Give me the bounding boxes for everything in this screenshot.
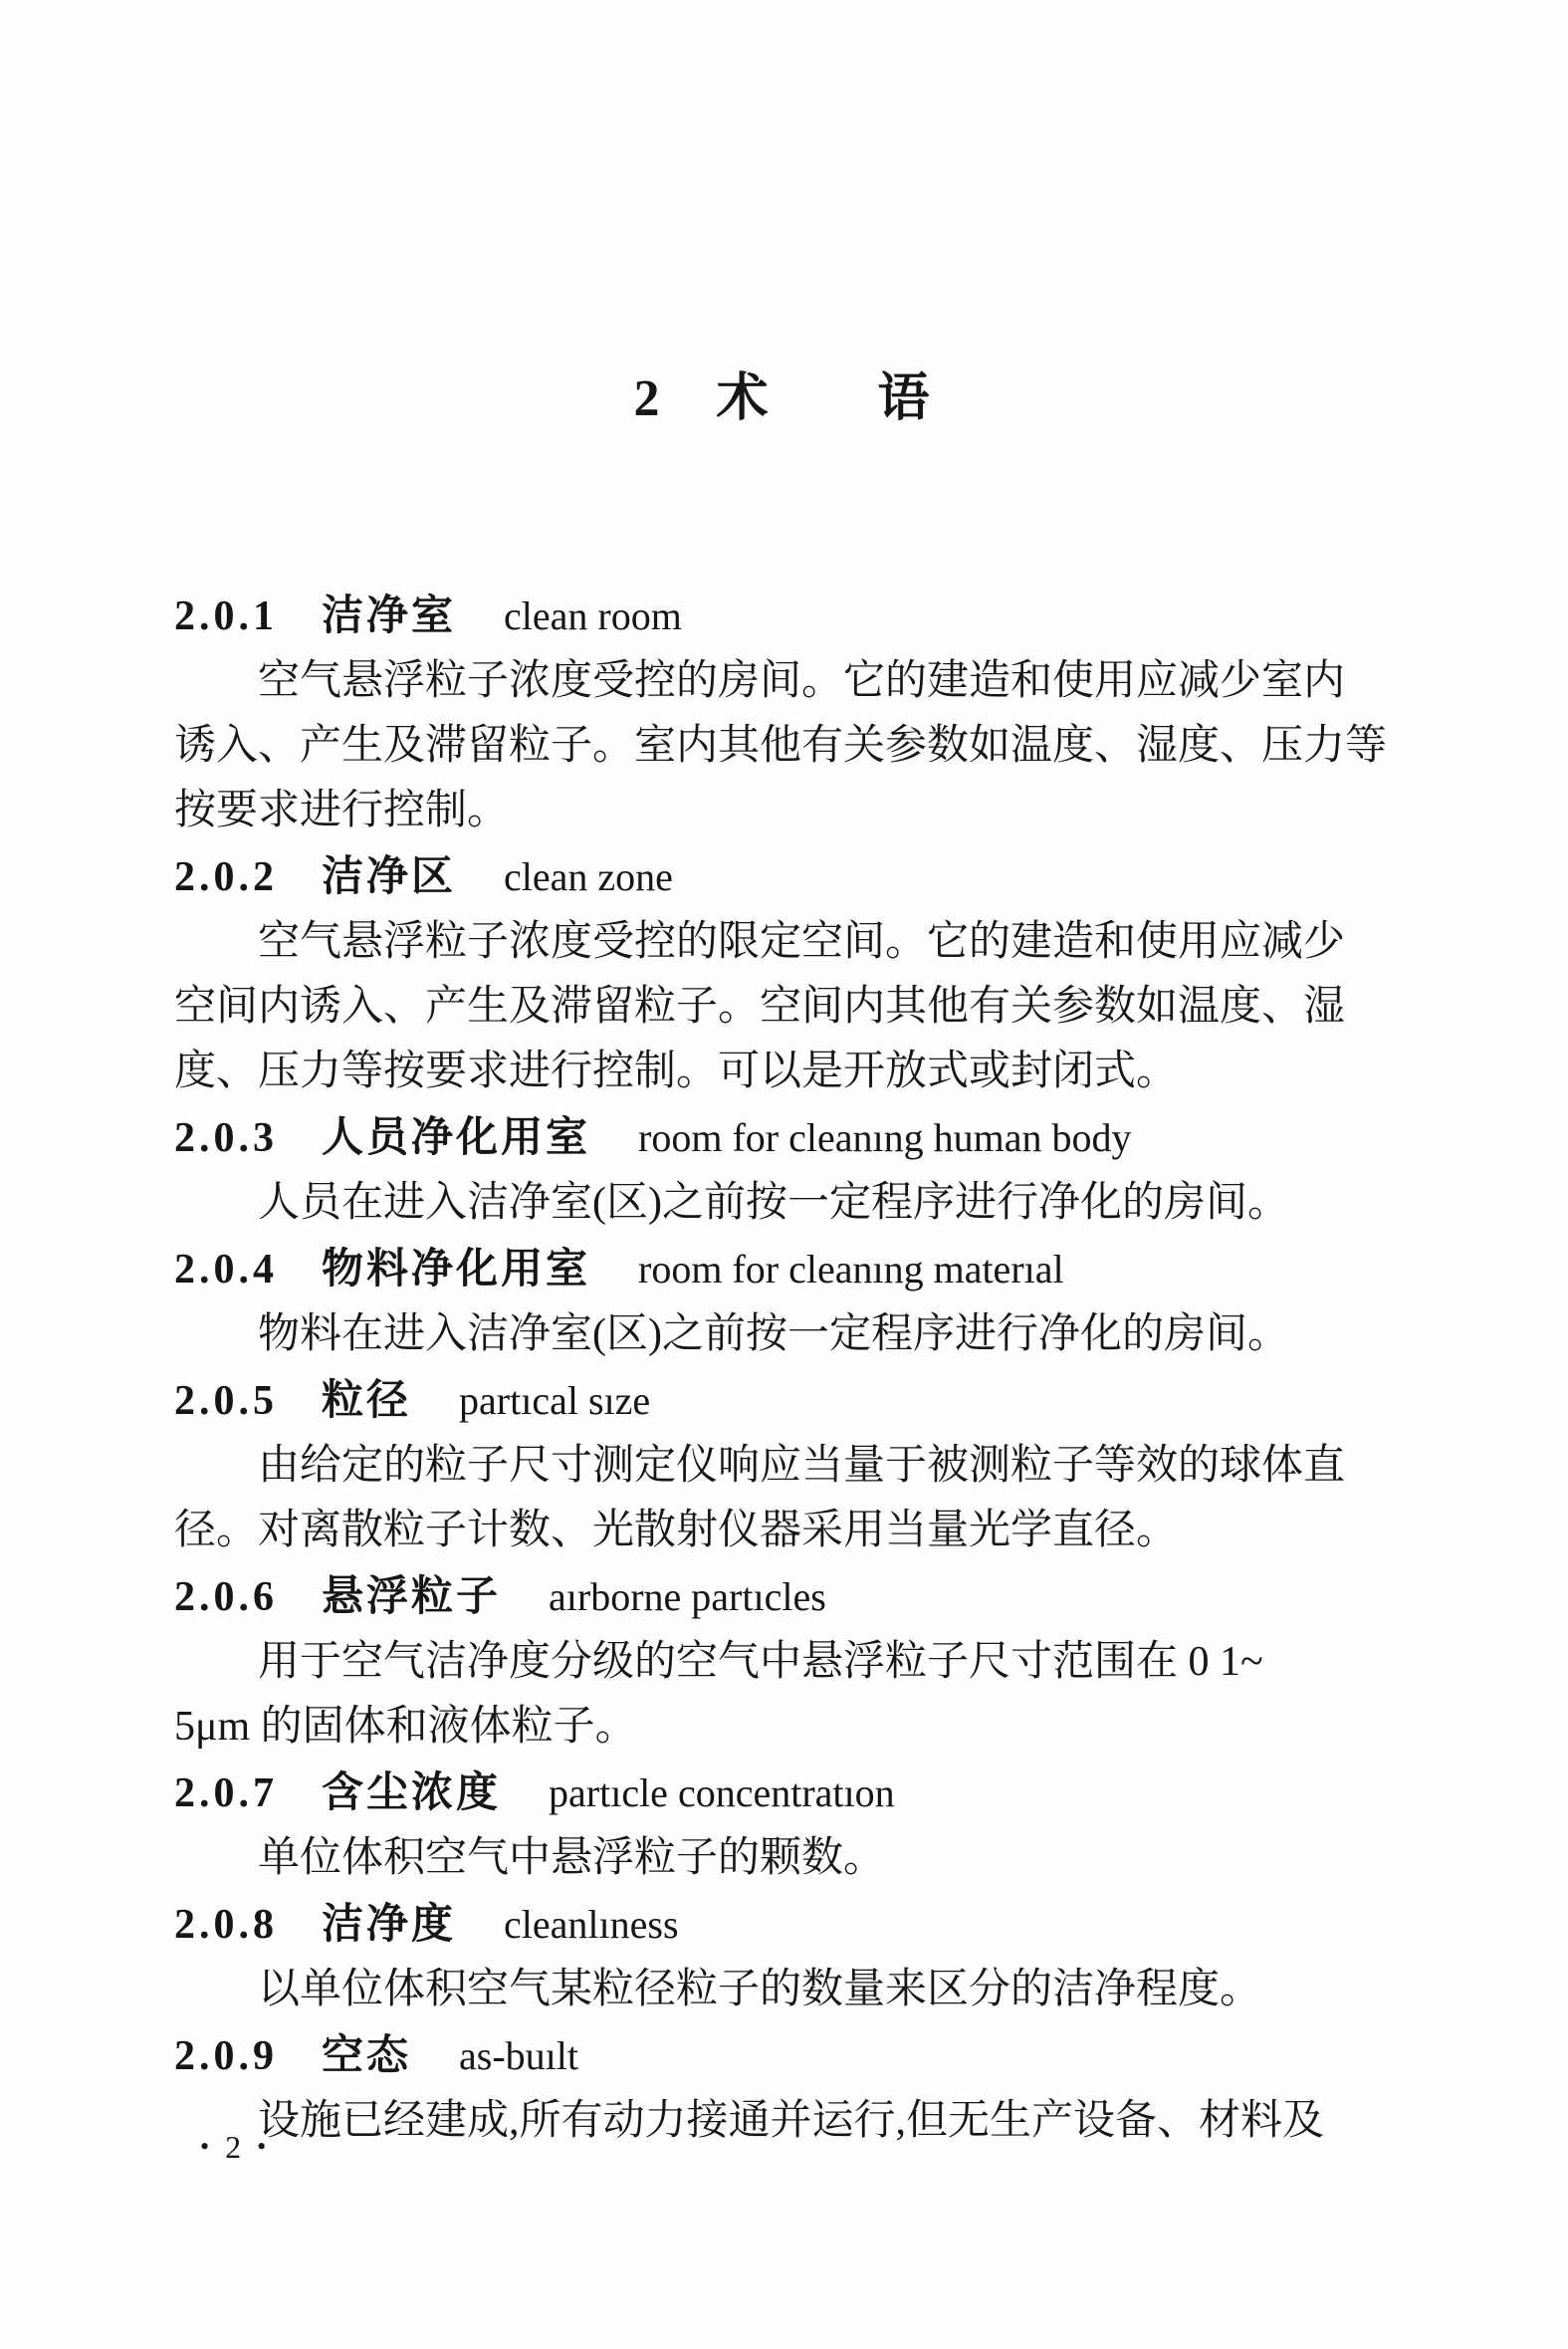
- term-heading: 2.0.5粒径partıcal sıze: [174, 1367, 1431, 1434]
- term-section-2-0-7: 2.0.7含尘浓度partıcle concentratıon 单位体积空气中悬…: [174, 1760, 1431, 1891]
- section-number: 2.0.5: [174, 1378, 278, 1424]
- term-definition: 由给定的粒子尺寸测定仪响应当量于被测粒子等效的球体直 径。对离散粒子计数、光散射…: [174, 1434, 1431, 1563]
- term-heading: 2.0.3人员净化用室room for cleanıng human body: [174, 1104, 1431, 1171]
- term-heading: 2.0.1洁净室clean room: [174, 583, 1431, 649]
- term-chinese: 洁净区: [322, 852, 456, 899]
- term-definition: 空气悬浮粒子浓度受控的限定空间。它的建造和使用应减少 空间内诱入、产生及滞留粒子…: [174, 910, 1431, 1104]
- term-section-2-0-4: 2.0.4物料净化用室room for cleanıng materıal 物料…: [174, 1236, 1431, 1367]
- footer-dot-right: •: [257, 2132, 266, 2161]
- term-definition: 用于空气洁净度分级的空气中悬浮粒子尺寸范围在 0 1~ 5μm 的固体和液体粒子…: [174, 1630, 1431, 1760]
- term-section-2-0-3: 2.0.3人员净化用室room for cleanıng human body …: [174, 1104, 1431, 1236]
- term-chinese: 粒径: [322, 1376, 411, 1423]
- term-section-2-0-6: 2.0.6悬浮粒子aırborne partıcles 用于空气洁净度分级的空气…: [174, 1563, 1431, 1760]
- term-chinese: 洁净室: [322, 591, 456, 638]
- section-number: 2.0.4: [174, 1247, 278, 1292]
- term-english: as-buılt: [459, 2033, 578, 2078]
- term-chinese: 悬浮粒子: [322, 1572, 501, 1619]
- term-chinese: 空态: [322, 2031, 411, 2078]
- document-page: 2术 语 2.0.1洁净室clean room 空气悬浮粒子浓度受控的房间。它的…: [0, 0, 1568, 2349]
- footer-dot-left: •: [200, 2132, 209, 2161]
- section-number: 2.0.6: [174, 1574, 278, 1620]
- page-number: 2: [225, 2129, 241, 2165]
- term-chinese: 洁净度: [322, 1900, 456, 1947]
- page-footer: •2•: [200, 2127, 266, 2167]
- term-chinese: 含尘浓度: [322, 1768, 501, 1815]
- term-english: cleanlıness: [504, 1902, 679, 1947]
- term-definition: 设施已经建成,所有动力接通并运行,但无生产设备、材料及: [174, 2089, 1431, 2154]
- section-number: 2.0.7: [174, 1770, 278, 1816]
- term-english: clean zone: [504, 854, 673, 899]
- section-number: 2.0.8: [174, 1902, 278, 1948]
- term-heading: 2.0.7含尘浓度partıcle concentratıon: [174, 1760, 1431, 1826]
- term-definition: 以单位体积空气某粒径粒子的数量来区分的洁净程度。: [174, 1958, 1431, 2022]
- chapter-title-text: 术 语: [716, 370, 931, 427]
- term-heading: 2.0.9空态as-buılt: [174, 2022, 1431, 2089]
- term-heading: 2.0.6悬浮粒子aırborne partıcles: [174, 1563, 1431, 1630]
- term-chinese: 物料净化用室: [322, 1245, 590, 1292]
- term-definition: 空气悬浮粒子浓度受控的房间。它的建造和使用应减少室内 诱入、产生及滞留粒子。室内…: [174, 649, 1431, 843]
- section-number: 2.0.1: [174, 593, 278, 639]
- section-number: 2.0.3: [174, 1115, 278, 1161]
- term-section-2-0-5: 2.0.5粒径partıcal sıze 由给定的粒子尺寸测定仪响应当量于被测粒…: [174, 1367, 1431, 1563]
- term-section-2-0-2: 2.0.2洁净区clean zone 空气悬浮粒子浓度受控的限定空间。它的建造和…: [174, 843, 1431, 1104]
- term-english: partıcal sıze: [459, 1378, 650, 1423]
- term-definition: 物料在进入洁净室(区)之前按一定程序进行净化的房间。: [174, 1302, 1431, 1367]
- section-number: 2.0.2: [174, 854, 278, 900]
- term-section-2-0-9: 2.0.9空态as-buılt 设施已经建成,所有动力接通并运行,但无生产设备、…: [174, 2022, 1431, 2154]
- term-english: room for cleanıng human body: [638, 1115, 1131, 1160]
- term-definition: 单位体积空气中悬浮粒子的颗数。: [174, 1826, 1431, 1891]
- terminology-list: 2.0.1洁净室clean room 空气悬浮粒子浓度受控的房间。它的建造和使用…: [174, 583, 1431, 2154]
- section-number: 2.0.9: [174, 2033, 278, 2079]
- term-heading: 2.0.4物料净化用室room for cleanıng materıal: [174, 1236, 1431, 1302]
- term-english: partıcle concentratıon: [549, 1770, 895, 1815]
- term-english: room for cleanıng materıal: [638, 1247, 1064, 1292]
- term-heading: 2.0.8洁净度cleanlıness: [174, 1891, 1431, 1958]
- term-english: clean room: [504, 593, 682, 638]
- term-definition: 人员在进入洁净室(区)之前按一定程序进行净化的房间。: [174, 1171, 1431, 1236]
- term-section-2-0-1: 2.0.1洁净室clean room 空气悬浮粒子浓度受控的房间。它的建造和使用…: [174, 583, 1431, 843]
- term-heading: 2.0.2洁净区clean zone: [174, 843, 1431, 910]
- term-english: aırborne partıcles: [549, 1574, 826, 1619]
- chapter-number: 2: [633, 370, 661, 427]
- chapter-title: 2术 语: [174, 366, 1391, 432]
- term-section-2-0-8: 2.0.8洁净度cleanlıness 以单位体积空气某粒径粒子的数量来区分的洁…: [174, 1891, 1431, 2022]
- term-chinese: 人员净化用室: [322, 1113, 590, 1160]
